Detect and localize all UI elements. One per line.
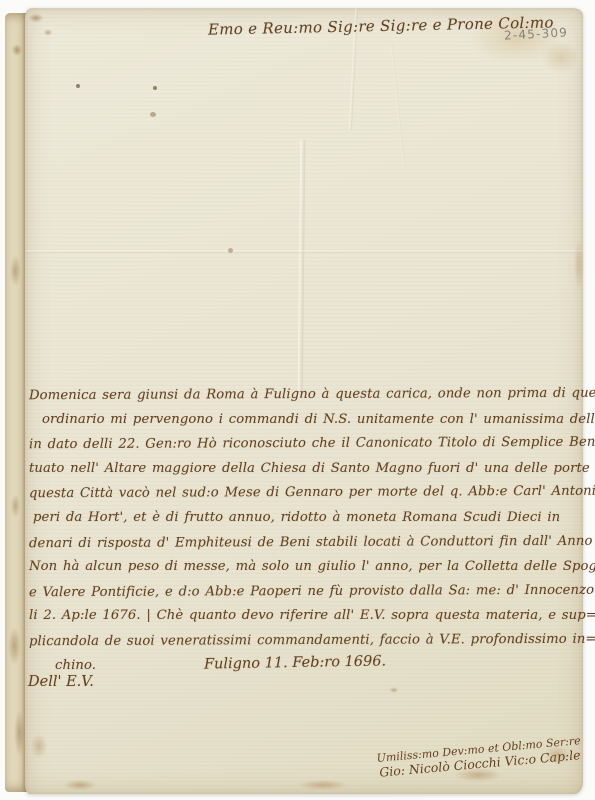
- body-line: peri da Hort', et è di frutto annuo, rid…: [33, 506, 581, 531]
- paper-stain: [388, 686, 400, 694]
- body-line: Non hà alcun peso di messe, mà solo un g…: [29, 555, 581, 580]
- body-line: questa Città vacò nel sud:o Mese di Genn…: [29, 480, 581, 507]
- paper-stain: [12, 702, 27, 764]
- paper-stain: [26, 12, 46, 24]
- fold-crease-horizontal: [26, 250, 582, 253]
- valediction: Dell' E.V.: [28, 674, 94, 690]
- body-line: plicandola de suoi veneratissimi command…: [29, 628, 581, 655]
- body-line: in dato delli 22. Gen:ro Hò riconosciuto…: [29, 431, 581, 458]
- paper-stain: [153, 86, 157, 90]
- body-line: e Valere Pontificie, e d:o Abb:e Paoperi…: [29, 579, 581, 606]
- paper-stain: [76, 84, 80, 88]
- body-line: ordinario mi pervengono i commandi di N.…: [42, 408, 581, 433]
- body-line: li 2. Ap:le 1676. | Chè quanto devo rife…: [29, 604, 581, 629]
- paper-stain: [290, 778, 356, 792]
- paper-stain: [58, 778, 102, 792]
- paper-stain: [9, 490, 22, 522]
- paper-stain: [228, 248, 233, 253]
- paper-stain: [6, 620, 23, 672]
- letter-body: Domenica sera giunsi da Roma à Fuligno à…: [29, 383, 581, 678]
- dateline: Fuligno 11. Feb:ro 1696.: [204, 653, 386, 672]
- body-line: denari di risposta d' Emphiteusi de Beni…: [29, 529, 581, 556]
- paper-stain: [28, 730, 50, 762]
- paper-stain: [42, 28, 54, 37]
- paper-stain: [572, 230, 586, 300]
- body-line: Domenica sera giunsi da Roma à Fuligno à…: [29, 382, 581, 409]
- manuscript-photo: 2-45-309 Emo e Reu:mo Sig:re Sig:re e Pr…: [0, 0, 595, 800]
- paper-stain: [8, 250, 23, 292]
- body-line: tuato nell' Altare maggiore della Chiesa…: [29, 457, 581, 482]
- paper-stain: [10, 42, 24, 58]
- paper-stain: [533, 34, 588, 80]
- paper-stain: [150, 112, 156, 117]
